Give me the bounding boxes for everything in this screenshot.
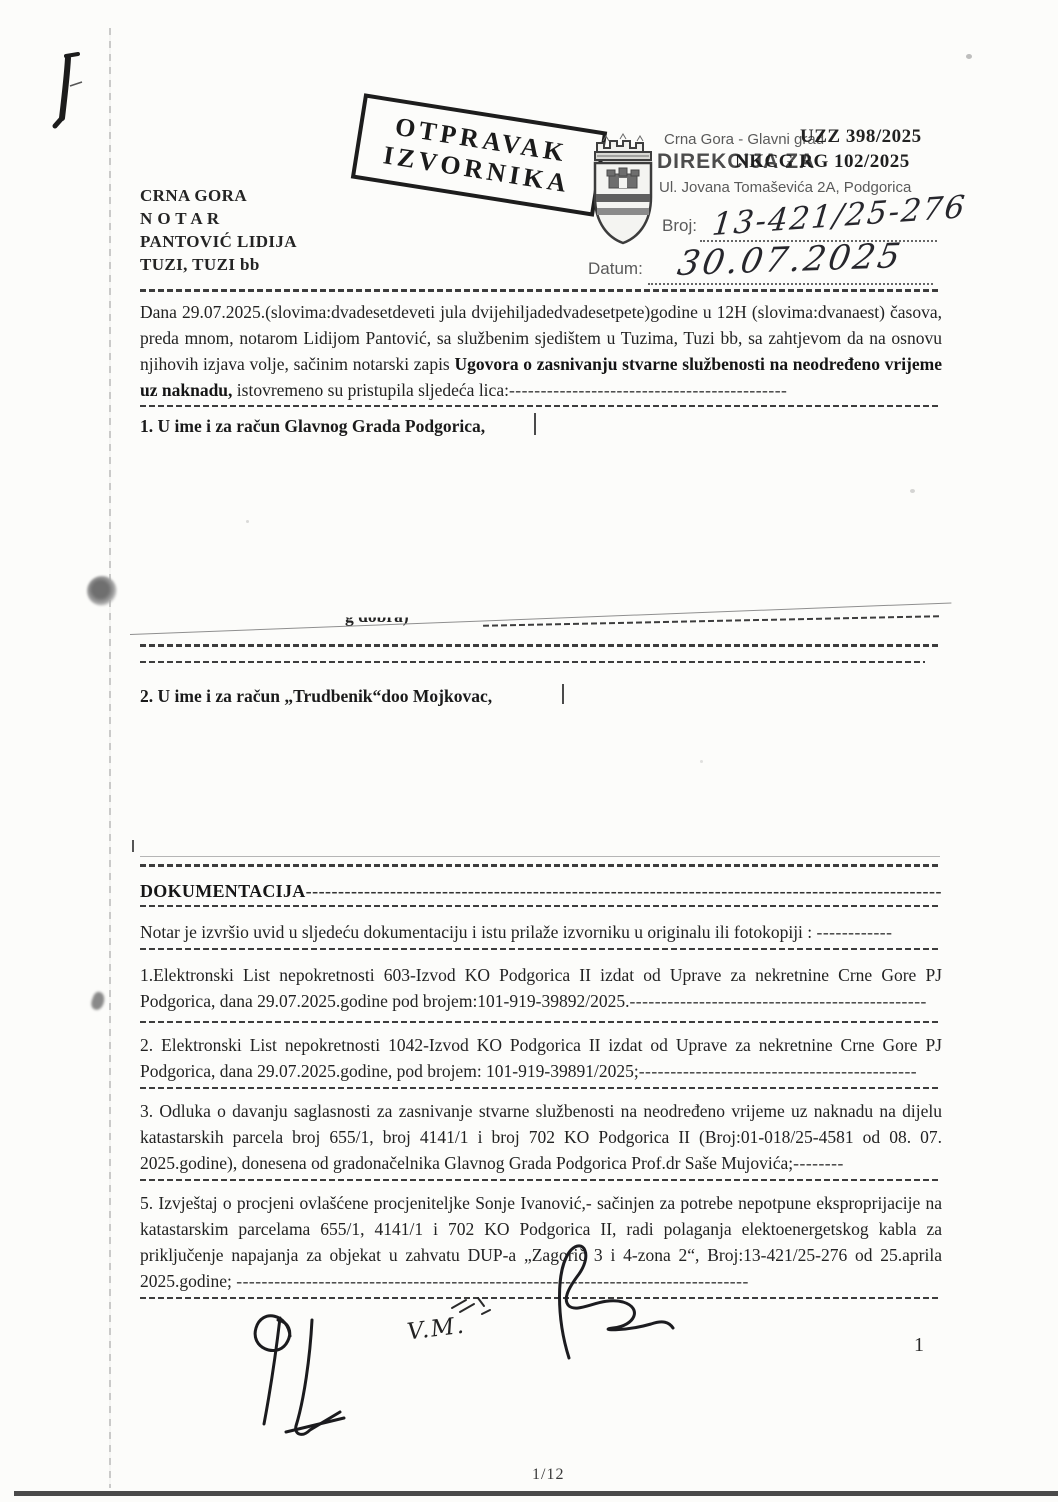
- dokumentacija-intro-text: Notar je izvršio uvid u sljedeću dokumen…: [140, 922, 817, 942]
- filler-dashes: ------------: [817, 922, 893, 942]
- separator: [140, 864, 940, 867]
- text-fragment-mark: [132, 840, 134, 852]
- filler-dashes: ----------------------------------------…: [509, 380, 787, 400]
- dokumentacija-heading: DOKUMENTACIJA---------------------------…: [140, 878, 942, 904]
- otpravak-izvornika-stamp: OTPRAVAK IZVORNIKA: [351, 93, 607, 216]
- party-signature: [505, 1238, 685, 1378]
- separator: [140, 405, 940, 407]
- doc-item-1: 1.Elektronski List nepokretnosti 603-Izv…: [140, 962, 942, 1014]
- datum-handwritten-value: 30.07.2025: [675, 236, 907, 284]
- separator: [140, 1087, 940, 1089]
- small-scribble: [448, 1292, 498, 1328]
- filler-dashes: ----------------------------------------…: [639, 1061, 917, 1081]
- heading-text: DOKUMENTACIJA: [140, 881, 306, 901]
- pen-mark: [52, 46, 112, 141]
- separator: [140, 905, 940, 907]
- scan-bottom-edge: [14, 1491, 1058, 1496]
- ink-speck: [700, 760, 703, 763]
- page-number: 1: [914, 1334, 924, 1357]
- broj-handwritten-value: 13-421/25-276: [710, 189, 968, 243]
- scanned-notary-document: CRNA GORA N O T A R PANTOVIĆ LIDIJA TUZI…: [0, 0, 1058, 1502]
- heading-dashes: ----------------------------------------…: [306, 881, 942, 901]
- paper-crease: [140, 856, 940, 857]
- redaction-edge-tick: [534, 413, 536, 435]
- page-fraction: 1/12: [532, 1466, 564, 1484]
- page-edge-line: [109, 28, 111, 1488]
- doc-item-2: 2. Elektronski List nepokretnosti 1042-I…: [140, 1032, 942, 1084]
- separator: [140, 644, 940, 647]
- party1-line: 1. U ime i za račun Glavnog Grada Podgor…: [140, 413, 942, 439]
- separator: [140, 1179, 940, 1181]
- intro-paragraph: Dana 29.07.2025.(slovima:dvadesetdeveti …: [140, 299, 942, 403]
- notary-address: TUZI, TUZI bb: [140, 253, 297, 276]
- dokumentacija-intro: Notar je izvršio uvid u sljedeću dokumen…: [140, 919, 942, 945]
- punch-hole-mark: [87, 576, 117, 606]
- separator: [140, 661, 925, 663]
- letterhead-street-address: Ul. Jovana Tomaševića 2A, Podgorica: [659, 179, 911, 196]
- redaction-edge-tick: [562, 684, 564, 704]
- notary-title: N O T A R: [140, 207, 297, 230]
- filler-dashes: --------: [793, 1153, 844, 1173]
- doc-item-3: 3. Odluka o davanju saglasnosti za zasni…: [140, 1098, 942, 1176]
- separator: [140, 948, 940, 950]
- separator: [140, 1021, 940, 1023]
- podgorica-coat-of-arms: [583, 130, 663, 248]
- party2-line: 2. U ime i za račun „Trudbenik“doo Mojko…: [140, 683, 942, 709]
- staple-smudge: [89, 990, 106, 1011]
- ink-speck: [966, 54, 972, 59]
- broj-label: Broj:: [662, 216, 697, 236]
- notary-address-block: CRNA GORA N O T A R PANTOVIĆ LIDIJA TUZI…: [140, 184, 297, 276]
- notary-name: PANTOVIĆ LIDIJA: [140, 230, 297, 253]
- country-name: CRNA GORA: [140, 184, 297, 207]
- datum-label: Datum:: [588, 259, 643, 279]
- separator: [140, 289, 940, 292]
- notary-initials-signature: [228, 1300, 378, 1450]
- ink-speck: [246, 520, 249, 523]
- ink-speck: [910, 489, 915, 493]
- uzz-case-number-stamp: UZZ 398/2025: [800, 126, 922, 148]
- intro-text-post: istovremeno su pristupila sljedeća lica:: [232, 380, 509, 400]
- nkcg-number-stamp: NKCG RG 102/2025: [735, 151, 910, 173]
- filler-dashes: ----------------------------------------…: [629, 991, 926, 1011]
